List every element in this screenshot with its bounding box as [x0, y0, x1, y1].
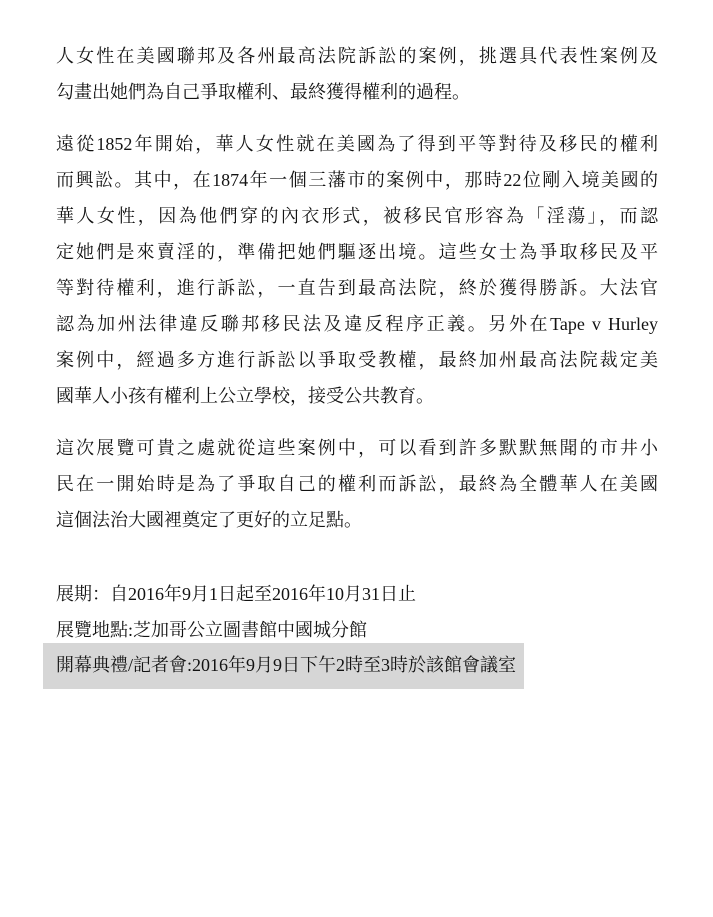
text-line: 人女性在美國聯邦及各州最高法院訴訟的案例，挑選具代表性案例及 — [56, 38, 658, 74]
text-line: 案例中，經過多方進行訴訟以爭取受教權，最終加州最高法院裁定美 — [56, 342, 658, 378]
document-page: 人女性在美國聯邦及各州最高法院訴訟的案例，挑選具代表性案例及 勾畫出她們為自己爭… — [0, 0, 713, 917]
paragraph-conclusion: 這次展覽可貴之處就從這些案例中，可以看到許多默默無聞的市井小 民在一開始時是為了… — [56, 430, 658, 538]
text-line: 遠從1852年開始，華人女性就在美國為了得到平等對待及移民的權利 — [56, 126, 658, 162]
text-line: 勾畫出她們為自己爭取權利、最終獲得權利的過程。 — [56, 74, 658, 110]
text-line: 這次展覽可貴之處就從這些案例中，可以看到許多默默無聞的市井小 — [56, 430, 658, 466]
text-line: 而興訟。其中，在1874年一個三藩市的案例中，那時22位剛入境美國的 — [56, 162, 658, 198]
exhibit-period-line: 展期：自2016年9月1日起至2016年10月31日止 — [56, 576, 658, 612]
text-line: 定她們是來賣淫的，準備把她們驅逐出境。這些女士為爭取移民及平 — [56, 234, 658, 270]
text-line: 認為加州法律違反聯邦移民法及違反程序正義。另外在Tape v Hurley — [56, 306, 658, 342]
text-line: 國華人小孩有權利上公立學校，接受公共教育。 — [56, 378, 658, 414]
highlighted-text: 開幕典禮/記者會:2016年9月9日下午2時至3時於該館會議室 — [43, 643, 524, 689]
paragraph-history: 遠從1852年開始，華人女性就在美國為了得到平等對待及移民的權利 而興訟。其中，… — [56, 126, 658, 414]
text-line: 這個法治大國裡奠定了更好的立足點。 — [56, 502, 658, 538]
text-line: 等對待權利，進行訴訟，一直告到最高法院，終於獲得勝訴。大法官 — [56, 270, 658, 306]
ceremony-line: 開幕典禮/記者會:2016年9月9日下午2時至3時於該館會議室 — [56, 643, 658, 689]
text-line: 民在一開始時是為了爭取自己的權利而訴訟，最終為全體華人在美國 — [56, 466, 658, 502]
event-details: 展期：自2016年9月1日起至2016年10月31日止 展覽地點:芝加哥公立圖書… — [56, 576, 658, 689]
text-line: 華人女性，因為他們穿的內衣形式，被移民官形容為「淫蕩」，而認 — [56, 198, 658, 234]
paragraph-intro: 人女性在美國聯邦及各州最高法院訴訟的案例，挑選具代表性案例及 勾畫出她們為自己爭… — [56, 38, 658, 110]
